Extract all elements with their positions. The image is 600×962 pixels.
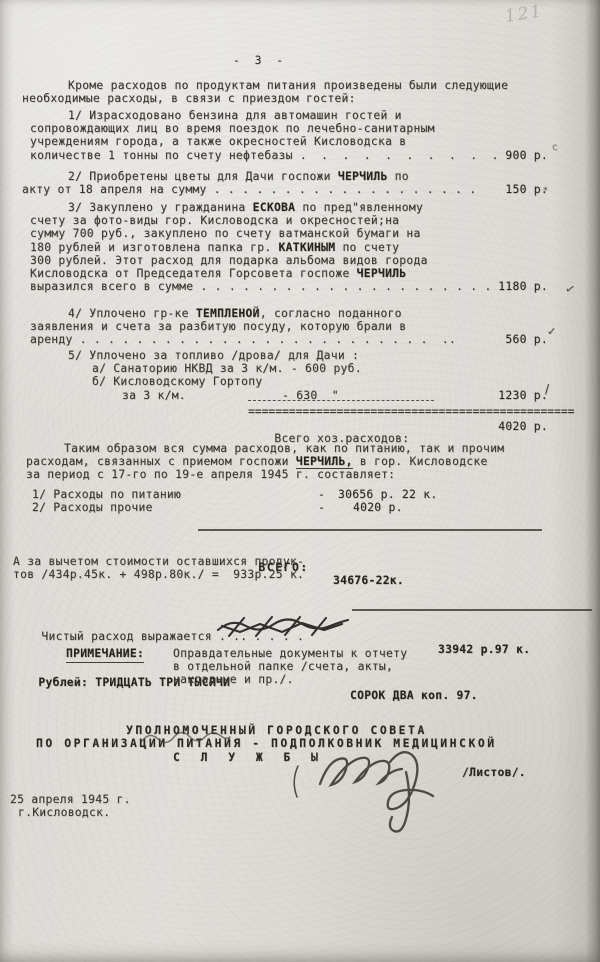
expense-item-2: 2/ Приобретены цветы для Дачи госпожи ЧЕ… [30,170,578,196]
handwritten-annotation [138,728,234,746]
pencil-mark: / [545,383,549,396]
name-churchill: ЧЕРЧИЛЬ [357,267,407,280]
item-line: 5/ Уплочено за топливо /дрова/ для Дачи … [30,349,578,362]
document-scan: 121 - 3 - Кроме расходов по продуктам пи… [0,0,600,962]
item-text: , согласно поданного [260,307,402,320]
item-line: количестве 1 тонны по счету нефтебазы . … [30,149,578,162]
net-underline [352,609,592,611]
deduction-line: тов /434р.45к. + 498р.80к./ = 933р.25 к. [13,568,583,581]
note-line: накладные и пр./. [173,673,566,686]
item-line: 2/ Приобретены цветы для Дачи госпожи ЧЕ… [30,170,578,183]
item-text: 180 рублей и изготовлена папка гр. [30,241,279,254]
item-line: учреждениям города, а также окресностей … [30,135,578,148]
item-text: 2/ Приобретены цветы для Дачи госпожи [68,170,338,183]
pencil-mark: * [543,185,548,198]
item-line: 1/ Израсходовано бензина для автомашин г… [30,109,578,122]
signature-autograph [248,722,448,840]
item-line: 3/ Закуплено у гражданина ЕСКОВА по пред… [30,201,578,214]
item-text: по пред"явленному [295,201,423,214]
note-block: ПРИМЕЧАНИЕ: Оправдательные документы к о… [66,647,566,687]
signature-name: /Листов/. [462,766,526,779]
household-total: Всего хоз.расходов: 4020 р. [30,419,578,433]
pencil-mark: c [552,141,558,154]
totals-separator: ========================================… [248,405,574,418]
item-line: Кисловодска от Председателя Горсовета го… [30,267,578,280]
expense-item-1: 1/ Израсходовано бензина для автомашин г… [30,109,578,162]
item-text: 4/ Уплочено гр-ке [68,307,196,320]
strikethrough-ink [212,613,352,641]
intro-paragraph: Кроме расходов по продуктам питания прои… [30,79,578,105]
name-templena: ТЕМПЛЕНОЙ [196,307,260,320]
summary-line: за период с 17-го по 19-е апреля 1945 г.… [26,468,586,481]
deduction-line: А за вычетом стоимости оставшихся продук… [13,555,583,568]
summary-text: расходам, связанных с приемом госпожи [26,455,296,468]
expense-item-5: 5/ Уплочено за топливо /дрова/ для Дачи … [30,349,578,402]
name-churchill: ЧЕРЧИЛЬ, [296,455,353,469]
date-line: 25 апреля 1945 г. [10,793,310,806]
summary-row: 1/ Расходы по питанию-30656 р. 22 к. [32,488,580,501]
annotation-ink [138,728,234,746]
item-amount: 900 р. [505,149,548,162]
handwritten-strikethrough [212,613,352,641]
row-value: 4020 р. [353,501,403,514]
item-line: заявления и счета за разбитую посуду, ко… [30,320,578,333]
page-number: - 3 - [195,54,325,67]
item-text: по [388,170,409,183]
item-line: аренду . . . . . . . . . . . . . . . . .… [30,333,578,346]
item-line: счету за фото-виды гор. Кисловодска и ок… [30,214,578,227]
item-amount: 1180 р. [498,280,548,293]
summary-line: расходам, связанных с приемом госпожи ЧЕ… [26,455,586,468]
pencil-checkmark: ✓ [564,282,577,297]
item-subline-b: б/ Кисловодскому Гортопу [30,375,578,388]
item-subline-a: а/ Санаторию НКВД за 3 к/м. - 600 руб. [30,362,578,375]
row-value: 30656 р. 22 к. [338,488,437,501]
name-churchill: ЧЕРЧИЛЬ [338,170,388,183]
intro-line: Кроме расходов по продуктам питания прои… [30,79,578,92]
note-line: Оправдательные документы к отчету [173,647,566,660]
name-eskov: ЕСКОВА [253,201,296,214]
item-text: за 3 к/м. [122,389,186,402]
item-amount: 1230 р. [498,389,548,402]
row-dash: - [318,488,325,501]
name-katkin: КАТКИНЫМ [279,241,336,254]
item-line: выразился всего в сумме . . . . . . . . … [30,280,578,293]
city-line: г.Кисловодск. [10,806,310,819]
deduction-paragraph: А за вычетом стоимости оставшихся продук… [13,555,583,581]
expense-item-4: 4/ Уплочено гр-ке ТЕМПЛЕНОЙ, согласно по… [30,307,578,347]
row-dash: - [318,501,325,514]
expense-item-3: 3/ Закуплено у гражданина ЕСКОВА по пред… [30,201,578,293]
summary-row: 2/ Расходы прочие-4020 р. [32,501,580,514]
summary-rows: 1/ Расходы по питанию-30656 р. 22 к. 2/ … [32,488,580,514]
item-text: 3/ Закуплено у гражданина [68,201,253,214]
note-line: в отдельной папке /счета, акты, [173,660,566,673]
pencil-checkmark: ✓ [547,325,557,338]
item-text: Кисловодска от Председателя Горсовета го… [30,267,357,280]
item-amount: 150 р. [505,183,548,196]
row-label: 2/ Расходы прочие [32,501,153,514]
row-label: 1/ Расходы по питанию [32,488,181,501]
summary-text: в гор. Кисловодске [353,455,488,468]
page-corner-note: 121 [504,5,544,24]
summary-paragraph: Таким образом вся сумма расходов, как по… [26,442,586,482]
subtotal-underline [248,400,434,401]
note-label: ПРИМЕЧАНИЕ: [66,647,144,663]
total-rule [198,529,542,531]
item-line: 4/ Уплочено гр-ке ТЕМПЛЕНОЙ, согласно по… [30,307,578,320]
intro-line: необходимые расходы, в связи с приездом … [22,92,578,105]
household-total-amount: 4020 р. [498,420,548,433]
amount-words-post: СОРОК ДВА коп. 97. [350,689,478,702]
item-line: 180 рублей и изготовлена папка гр. КАТКИ… [30,241,578,254]
item-amount: 560 р. [505,333,548,346]
item-line: акту от 18 апреля на сумму . . . . . . .… [22,183,578,196]
autograph-ink [248,722,448,840]
summary-line: Таким образом вся сумма расходов, как по… [26,442,586,455]
item-line: 300 рублей. Этот расход для подарка альб… [30,254,578,267]
item-text: по счету [335,241,399,254]
footer-block: 25 апреля 1945 г. г.Кисловодск. [10,793,310,819]
item-line: сумму 700 руб., закуплено по счету ватма… [30,227,578,240]
item-line: сопровождающих лиц во время поездок по л… [30,122,578,135]
